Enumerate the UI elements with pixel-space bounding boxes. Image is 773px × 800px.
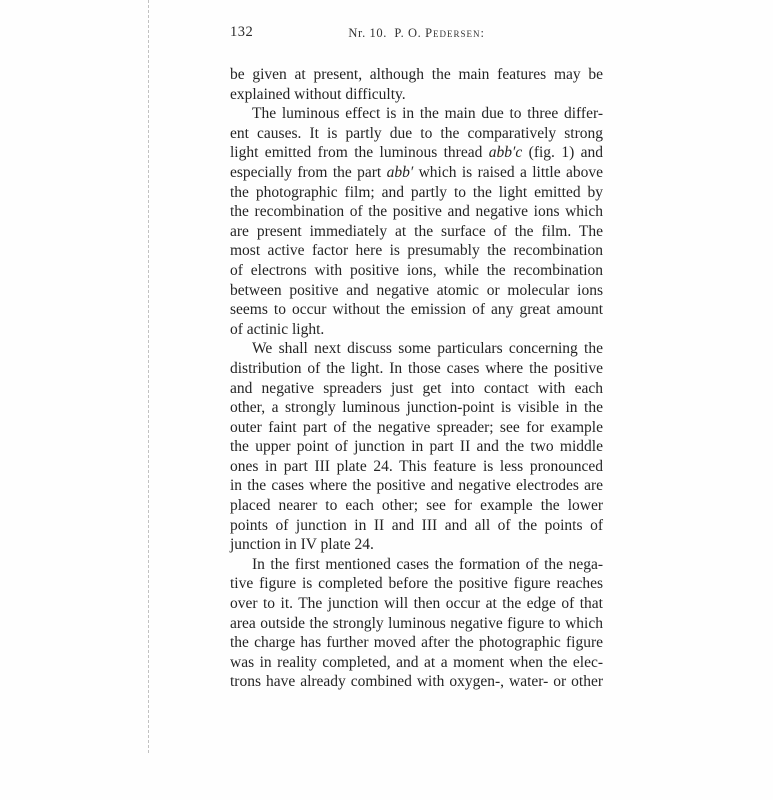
text-line: other, a strongly luminous junction-poin… (230, 398, 603, 418)
text-line: In the first mentioned cases the formati… (230, 555, 603, 575)
text-line: points of junction in II and III and all… (230, 516, 603, 536)
text-line: junction in IV plate 24. (230, 535, 603, 555)
text-segment: light emitted from the luminous thread (230, 144, 489, 161)
text-line: the photographic film; and partly to the… (230, 183, 603, 203)
text-segment: ones in part III plate 24. This feature … (230, 458, 603, 475)
running-title: Nr. 10. P. O. Pedersen: (230, 26, 603, 41)
text-line: of actinic light. (230, 320, 603, 340)
text-line: ones in part III plate 24. This feature … (230, 457, 603, 477)
text-segment: most active factor here is presumably th… (230, 242, 603, 259)
text-segment: points of junction in II and III and all… (230, 517, 603, 534)
text-line: The luminous effect is in the main due t… (230, 104, 603, 124)
text-segment: and negative spreaders just get into con… (230, 380, 603, 397)
text-segment: (fig. 1) and (522, 144, 603, 161)
text-line: are present immediately at the surface o… (230, 222, 603, 242)
running-title-author: Pedersen (425, 26, 480, 40)
text-segment: The luminous effect is in the main due t… (252, 105, 603, 122)
running-title-suffix: : (481, 26, 485, 40)
text-block: be given at present, although the main f… (230, 65, 603, 692)
text-segment: between positive and negative atomic or … (230, 282, 603, 299)
text-segment: tive figure is completed before the posi… (230, 575, 603, 592)
text-line: area outside the strongly luminous negat… (230, 614, 603, 634)
text-segment: are present immediately at the surface o… (230, 223, 603, 240)
text-line: especially from the part abb′ which is r… (230, 163, 603, 183)
scan-edge-line (148, 0, 149, 753)
text-segment: other, a strongly luminous junction-poin… (230, 399, 603, 416)
text-line: be given at present, although the main f… (230, 65, 603, 85)
text-segment: placed nearer to each other; see for exa… (230, 497, 603, 514)
text-line: placed nearer to each other; see for exa… (230, 496, 603, 516)
text-line: between positive and negative atomic or … (230, 281, 603, 301)
text-line: was in reality completed, and at a momen… (230, 653, 603, 673)
text-segment: area outside the strongly luminous negat… (230, 615, 603, 632)
text-line: outer faint part of the negative spreade… (230, 418, 603, 438)
text-line: the recombination of the positive and ne… (230, 202, 603, 222)
text-segment: junction in IV plate 24. (230, 536, 374, 553)
text-segment: in the cases where the positive and nega… (230, 477, 603, 494)
text-segment: which is raised a little above (413, 164, 603, 181)
text-segment: explained without difficulty. (230, 86, 406, 103)
text-line: We shall next discuss some particulars c… (230, 339, 603, 359)
text-line: tive figure is completed before the posi… (230, 574, 603, 594)
text-line: light emitted from the luminous thread a… (230, 143, 603, 163)
text-segment: the recombination of the positive and ne… (230, 203, 603, 220)
text-line: the upper point of junction in part II a… (230, 437, 603, 457)
text-segment: the photographic film; and partly to the… (230, 184, 603, 201)
text-segment: the charge has further moved after the p… (230, 634, 603, 651)
text-segment: was in reality completed, and at a momen… (230, 654, 603, 671)
page-header: 132 Nr. 10. P. O. Pedersen: (230, 24, 603, 44)
text-line: ent causes. It is partly due to the comp… (230, 124, 603, 144)
italic-text-segment: abb′ (387, 164, 414, 181)
text-line: the charge has further moved after the p… (230, 633, 603, 653)
text-segment: over to it. The junction will then occur… (230, 595, 603, 612)
text-line: trons have already combined with oxygen-… (230, 672, 603, 692)
text-segment: ent causes. It is partly due to the comp… (230, 125, 603, 142)
text-segment: the upper point of junction in part II a… (230, 438, 603, 455)
scanned-book-page: 132 Nr. 10. P. O. Pedersen: be given at … (0, 0, 773, 800)
text-segment: trons have already combined with oxygen-… (230, 673, 603, 690)
text-segment: of actinic light. (230, 321, 324, 338)
text-line: of electrons with positive ions, while t… (230, 261, 603, 281)
text-line: in the cases where the positive and nega… (230, 476, 603, 496)
text-line: explained without difficulty. (230, 85, 603, 105)
text-segment: distribution of the light. In those case… (230, 360, 603, 377)
text-segment: seems to occur without the emission of a… (230, 301, 603, 318)
italic-text-segment: abb′c (489, 144, 523, 161)
text-segment: In the first mentioned cases the formati… (252, 556, 603, 573)
running-title-prefix: Nr. 10. P. O. (348, 26, 425, 40)
text-line: over to it. The junction will then occur… (230, 594, 603, 614)
text-segment: of electrons with positive ions, while t… (230, 262, 603, 279)
text-line: and negative spreaders just get into con… (230, 379, 603, 399)
text-segment: We shall next discuss some particulars c… (252, 340, 603, 357)
text-segment: outer faint part of the negative spreade… (230, 419, 603, 436)
text-line: distribution of the light. In those case… (230, 359, 603, 379)
text-line: seems to occur without the emission of a… (230, 300, 603, 320)
text-segment: especially from the part (230, 164, 387, 181)
text-segment: be given at present, although the main f… (230, 66, 603, 83)
text-line: most active factor here is presumably th… (230, 241, 603, 261)
